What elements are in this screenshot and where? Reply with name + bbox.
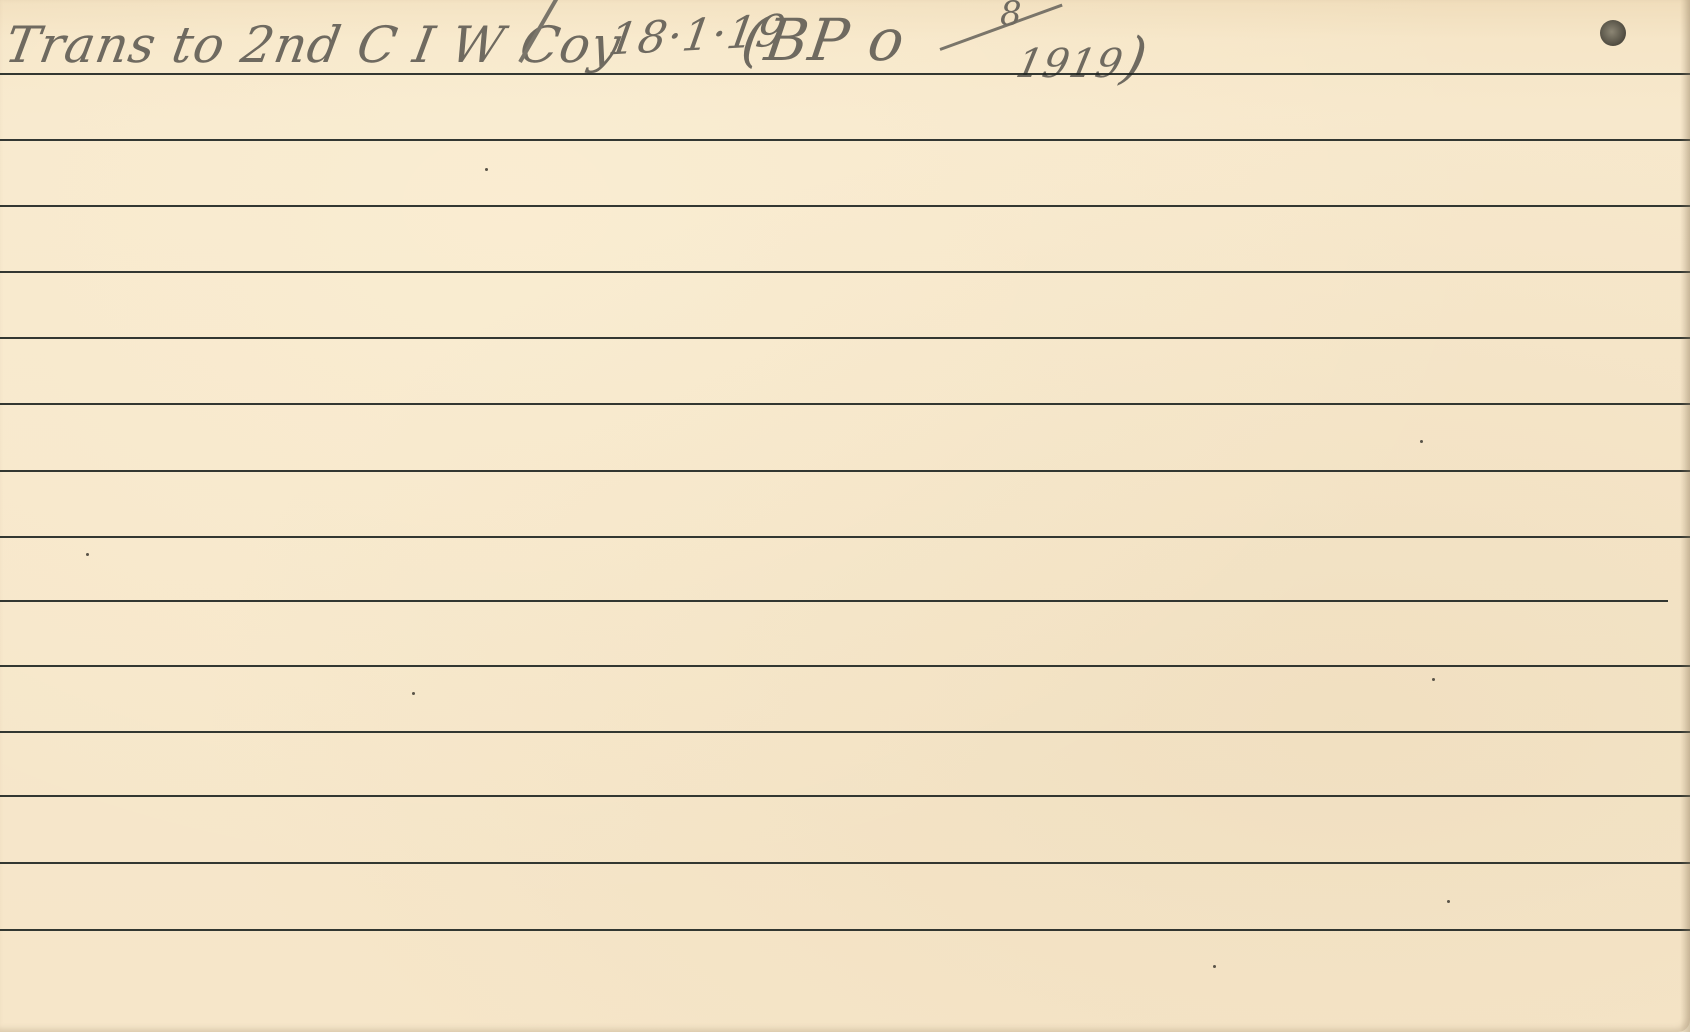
fraction-numerator: 8: [1000, 0, 1023, 34]
paper-speck: [1420, 440, 1423, 443]
ruled-line: [0, 73, 1690, 75]
punch-hole-mark: [1600, 20, 1626, 46]
paper-speck: [86, 553, 89, 556]
index-card: Trans to 2nd C I W Coy 18·1·19 (BP o 8 1…: [0, 0, 1690, 1032]
annotation-mid: o: [864, 6, 909, 74]
paper-speck: [485, 168, 488, 171]
paper-speck: [1213, 965, 1216, 968]
ruled-line: [0, 403, 1690, 405]
paper-speck: [1447, 900, 1450, 903]
ruled-line: [0, 470, 1690, 472]
ruled-line: [0, 536, 1690, 538]
fraction-denominator: 1919): [1011, 26, 1153, 91]
ruled-line: [0, 205, 1690, 207]
ruled-line: [0, 665, 1690, 667]
ruled-line: [0, 139, 1690, 141]
ruled-line: [0, 795, 1690, 797]
paper-speck: [1432, 678, 1435, 681]
fraction-year: 1919: [1012, 41, 1128, 87]
ruled-line: [0, 929, 1690, 931]
ruled-line: [0, 600, 1668, 602]
ruled-line: [0, 271, 1690, 273]
ruled-line: [0, 731, 1690, 733]
paper-speck: [412, 692, 415, 695]
handwritten-annotation: (BP o: [737, 6, 909, 74]
ruled-line: [0, 862, 1690, 864]
card-edge-shadow: [1680, 0, 1690, 1032]
annotation-initials: BP: [761, 6, 854, 74]
ruled-line: [0, 337, 1690, 339]
